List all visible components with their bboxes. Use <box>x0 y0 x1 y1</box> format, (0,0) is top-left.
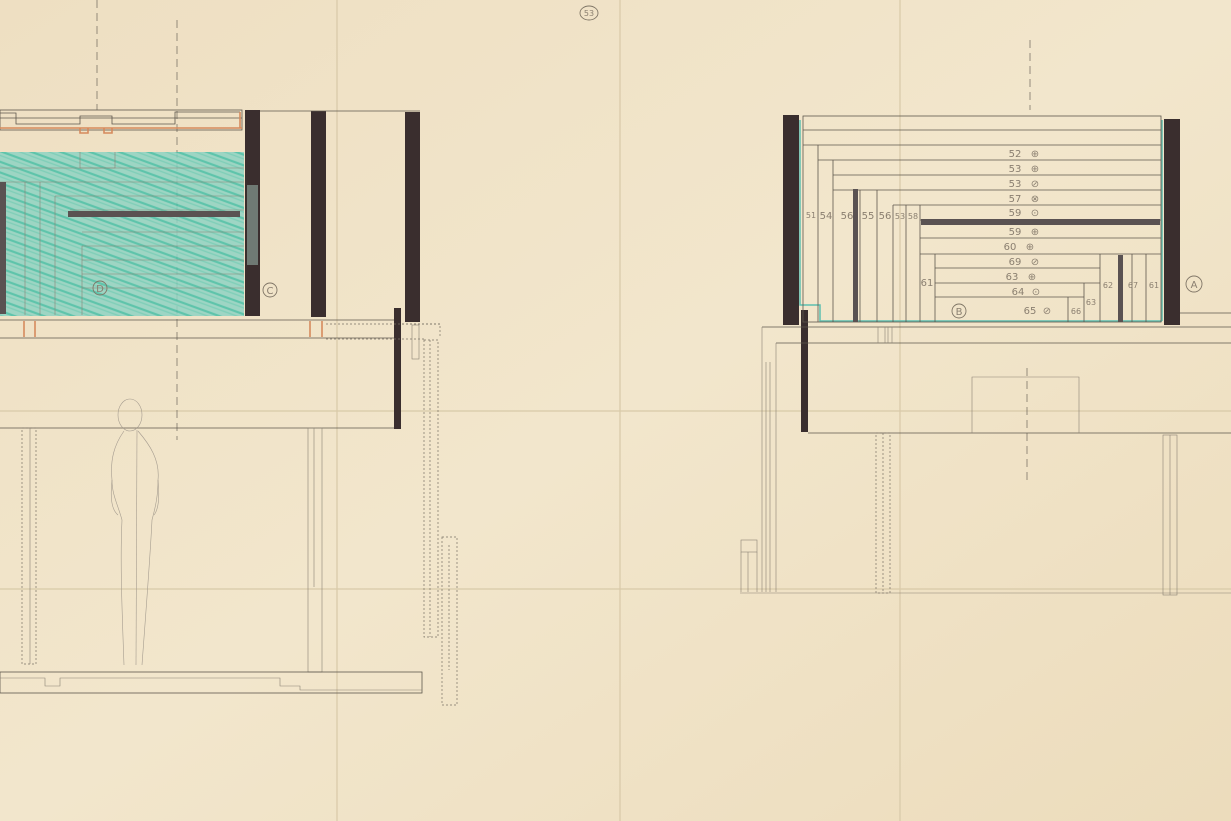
svg-text:53: 53 <box>1009 179 1022 190</box>
svg-text:63: 63 <box>1086 298 1096 307</box>
wall <box>1164 119 1180 325</box>
svg-text:⊕: ⊕ <box>1026 242 1034 253</box>
svg-text:⊘: ⊘ <box>1031 257 1039 268</box>
svg-text:⊘: ⊘ <box>1031 179 1039 190</box>
wall <box>783 115 799 325</box>
svg-text:52: 52 <box>1009 149 1022 160</box>
svg-text:51: 51 <box>806 211 816 220</box>
wall <box>801 310 808 432</box>
svg-text:⊘: ⊘ <box>1043 306 1051 317</box>
svg-text:56: 56 <box>841 211 854 222</box>
svg-text:⊕: ⊕ <box>1031 164 1039 175</box>
svg-text:54: 54 <box>820 211 833 222</box>
svg-text:57: 57 <box>1009 194 1022 205</box>
svg-text:61: 61 <box>921 278 934 289</box>
svg-text:66: 66 <box>1071 307 1081 316</box>
svg-text:⊗: ⊗ <box>1031 194 1039 205</box>
svg-text:⊕: ⊕ <box>1031 149 1039 160</box>
svg-text:⊙: ⊙ <box>1031 208 1039 219</box>
svg-text:⊕: ⊕ <box>1031 227 1039 238</box>
svg-text:63: 63 <box>1006 272 1019 283</box>
sheet-number: 53 <box>584 9 594 18</box>
svg-text:64: 64 <box>1012 287 1025 298</box>
svg-text:60: 60 <box>1004 242 1017 253</box>
svg-text:55: 55 <box>862 211 875 222</box>
svg-text:67: 67 <box>1128 281 1138 290</box>
svg-text:56: 56 <box>879 211 892 222</box>
svg-text:A: A <box>1191 280 1198 291</box>
wall-glazing <box>247 185 258 265</box>
svg-text:62: 62 <box>1103 281 1113 290</box>
svg-text:53: 53 <box>895 212 905 221</box>
svg-text:53: 53 <box>1009 164 1022 175</box>
svg-text:65: 65 <box>1024 306 1037 317</box>
room-d-teal: D <box>0 152 244 316</box>
svg-text:58: 58 <box>908 212 918 221</box>
svg-text:59: 59 <box>1009 227 1022 238</box>
room-label-d: D <box>96 284 104 295</box>
wall <box>405 112 420 322</box>
wall <box>311 111 326 317</box>
svg-text:B: B <box>956 307 963 318</box>
svg-text:61: 61 <box>1149 281 1159 290</box>
svg-text:⊕: ⊕ <box>1028 272 1036 283</box>
drawing-sheet: 53 <box>0 0 1231 821</box>
svg-text:59: 59 <box>1009 208 1022 219</box>
svg-text:69: 69 <box>1009 257 1022 268</box>
svg-text:C: C <box>267 286 274 297</box>
svg-text:⊙: ⊙ <box>1032 287 1040 298</box>
wall <box>394 308 401 429</box>
